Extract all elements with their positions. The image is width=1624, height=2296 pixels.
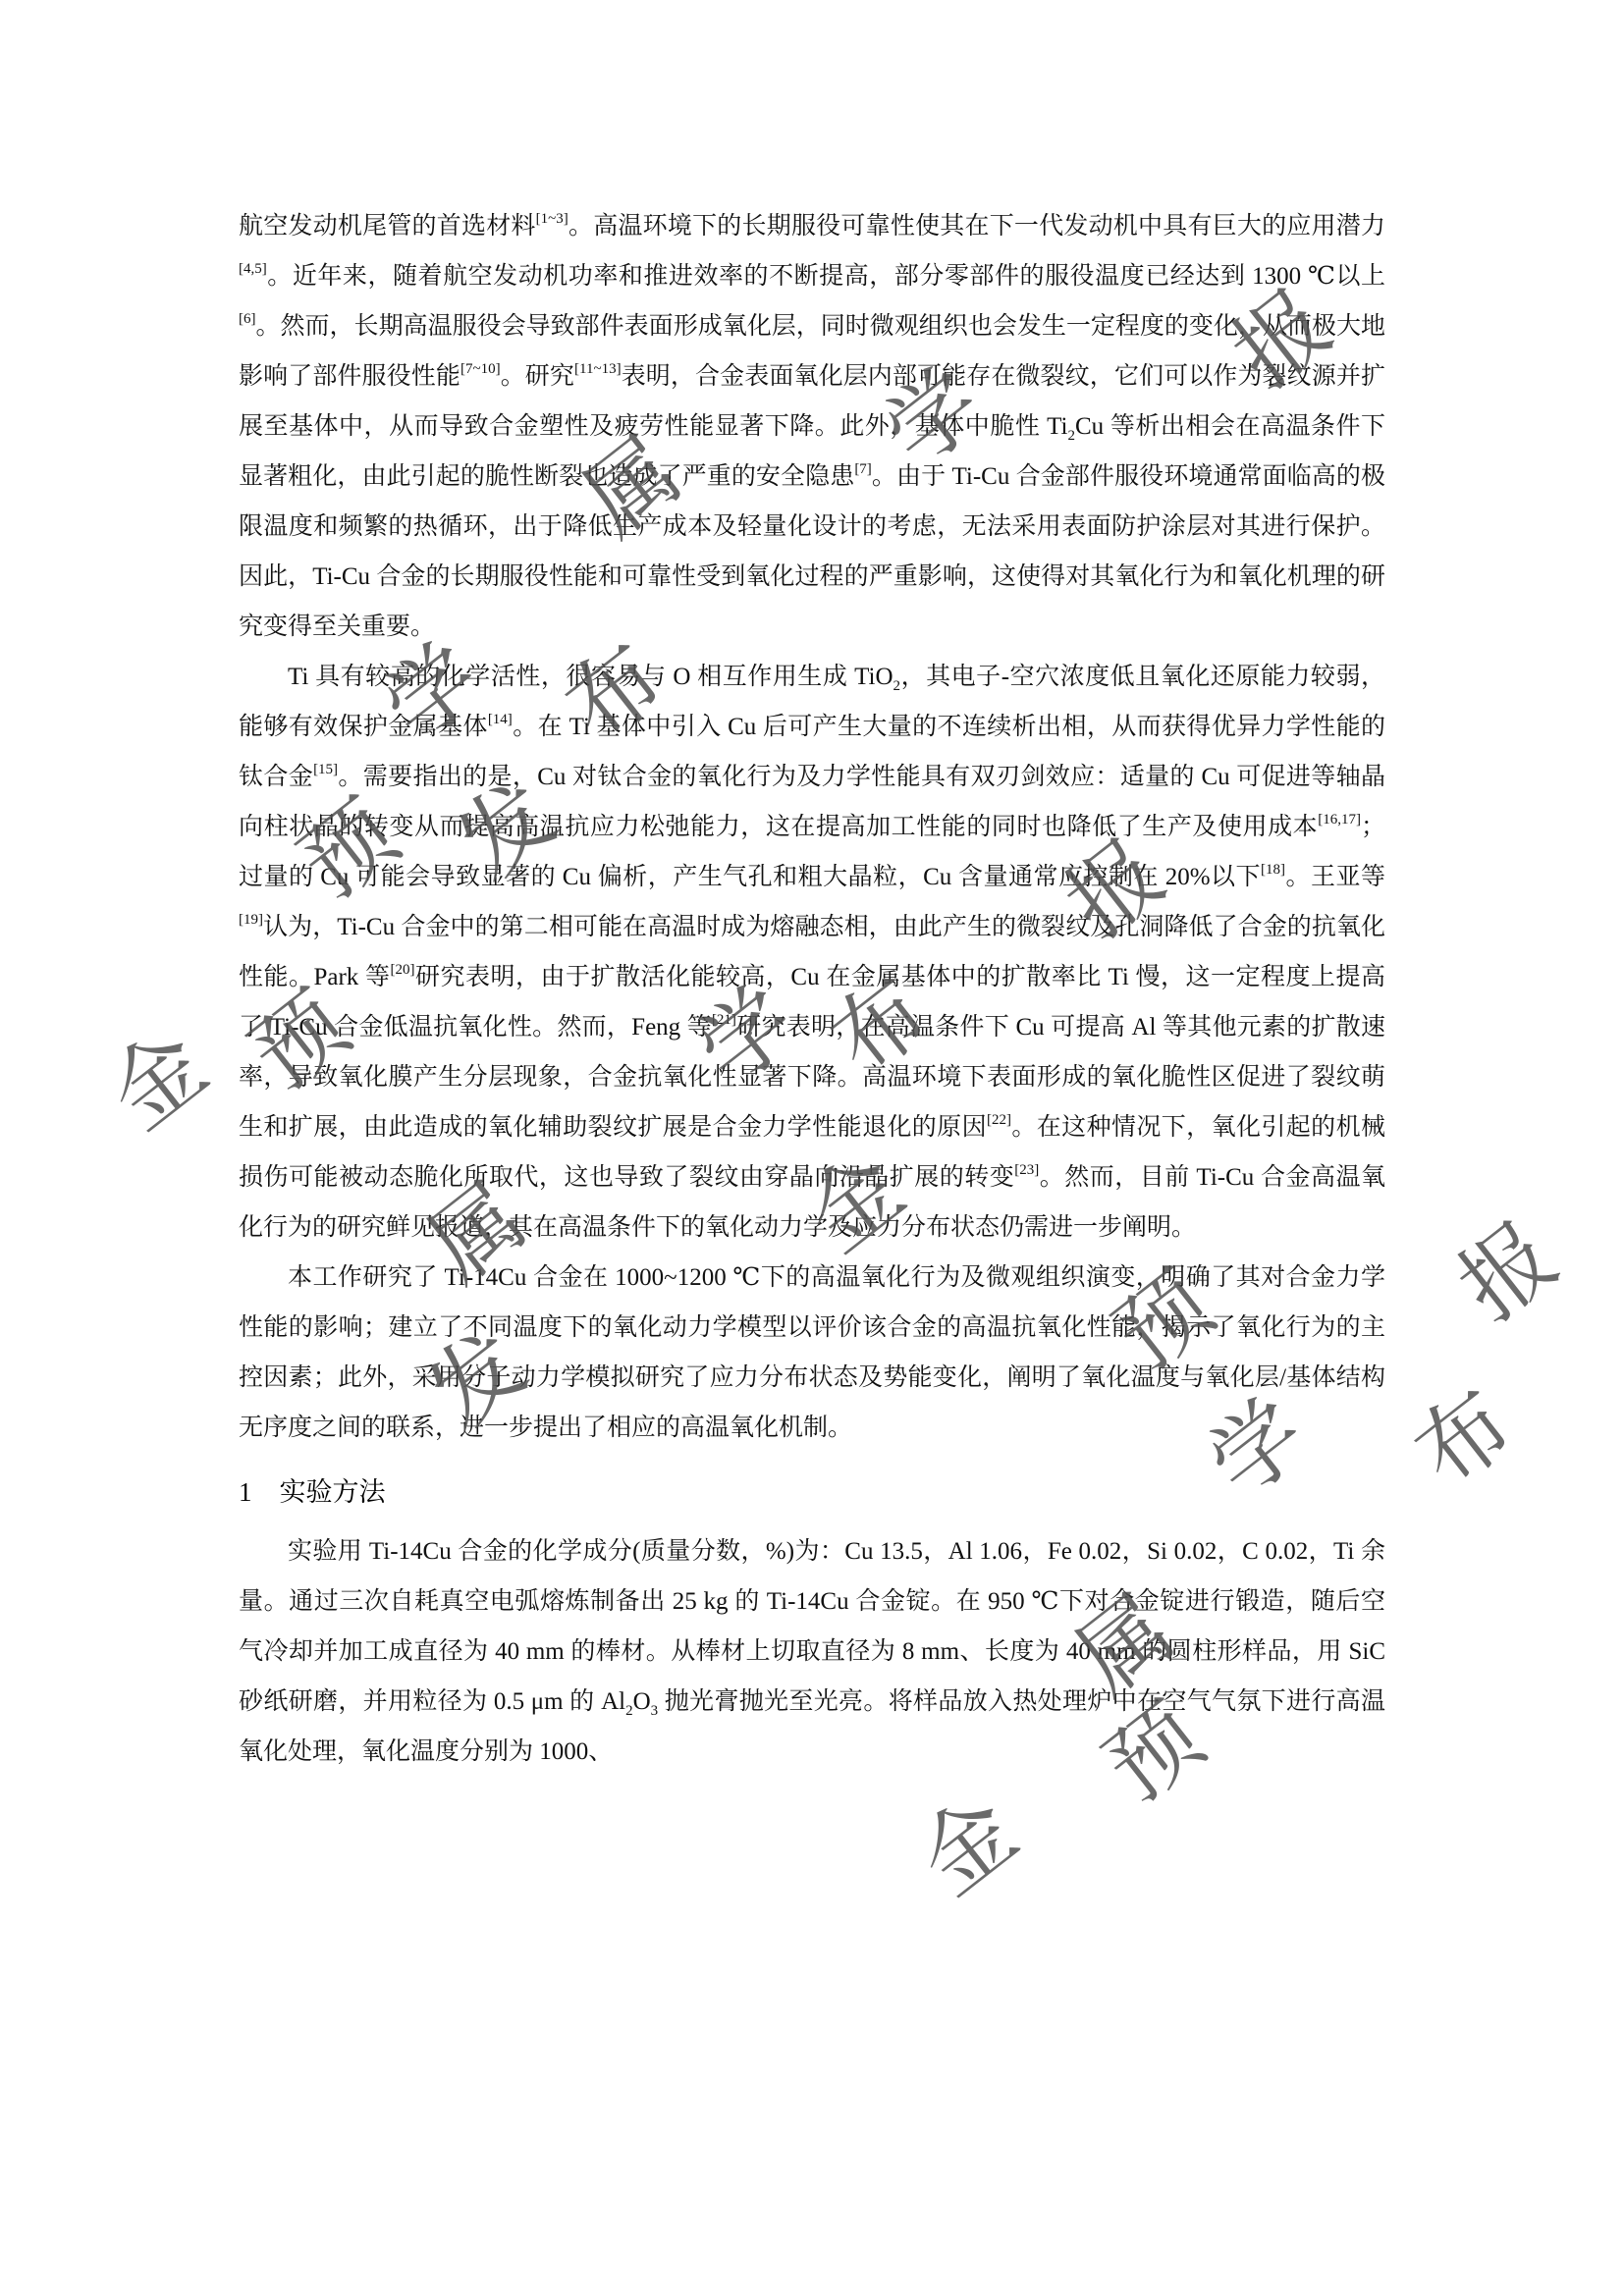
paragraph-intro-2: Ti 具有较高的化学活性，很容易与 O 相互作用生成 TiO2，其电子-空穴浓度… [239,652,1385,1253]
watermark-glyph: 金 [94,1017,221,1144]
citation-ref: [16,17] [1318,812,1361,828]
text-run: 航空发动机尾管的首选材料 [239,213,536,240]
watermark-glyph: 布 [1400,1375,1527,1502]
citation-ref: [23] [1014,1162,1039,1178]
citation-ref: [7~10] [460,361,501,377]
section-number: 1 [239,1477,252,1507]
text-run: 。近年来，随着航空发动机功率和推进效率的不断提高，部分零部件的服役温度已经达到 … [267,263,1385,290]
citation-ref: [19] [239,912,263,928]
subscript: 2 [893,678,901,694]
paragraph-intro-3: 本工作研究了 Ti-14Cu 合金在 1000~1200 ℃下的高温氧化行为及微… [239,1253,1385,1453]
section-heading: 1实验方法 [239,1465,1385,1521]
citation-ref: [21] [712,1012,736,1028]
citation-ref: [18] [1261,862,1285,878]
citation-ref: [11~13] [574,361,622,377]
citation-ref: [4,5] [239,261,267,277]
citation-ref: [6] [239,311,256,327]
text-run: 。高温环境下的长期服役可靠性使其在下一代发动机中具有巨大的应用潜力 [568,213,1385,240]
text-run: Ti 具有较高的化学活性，很容易与 O 相互作用生成 TiO [288,664,893,690]
text-run: O [633,1688,651,1715]
watermark-glyph: 报 [1444,1208,1571,1335]
citation-ref: [20] [391,962,415,978]
text-run: 。王亚等 [1285,864,1385,890]
citation-ref: [1~3] [536,211,568,227]
watermark-glyph: 金 [904,1783,1031,1909]
text-run: 。需要指出的是，Cu 对钛合金的氧化行为及力学性能具有双刃剑效应：适量的 Cu … [239,764,1385,840]
paragraph-intro-1: 航空发动机尾管的首选材料[1~3]。高温环境下的长期服役可靠性使其在下一代发动机… [239,201,1385,652]
citation-ref: [14] [488,712,513,727]
paragraph-methods-1: 实验用 Ti-14Cu 合金的化学成分(质量分数，%)为：Cu 13.5，Al … [239,1526,1385,1777]
subscript: 2 [1067,428,1075,444]
section-title: 实验方法 [280,1477,386,1508]
citation-ref: [22] [987,1112,1011,1128]
text-run: 。研究 [501,363,574,390]
paper-body: 航空发动机尾管的首选材料[1~3]。高温环境下的长期服役可靠性使其在下一代发动机… [239,201,1385,1777]
subscript: 2 [625,1703,633,1719]
citation-ref: [7] [854,461,872,477]
citation-ref: [15] [313,762,338,777]
text-run: 。由于 Ti-Cu 合金部件服役环境通常面临高的极限温度和频繁的热循环，出于降低… [239,463,1385,640]
text-run: 本工作研究了 Ti-14Cu 合金在 1000~1200 ℃下的高温氧化行为及微… [239,1264,1385,1441]
